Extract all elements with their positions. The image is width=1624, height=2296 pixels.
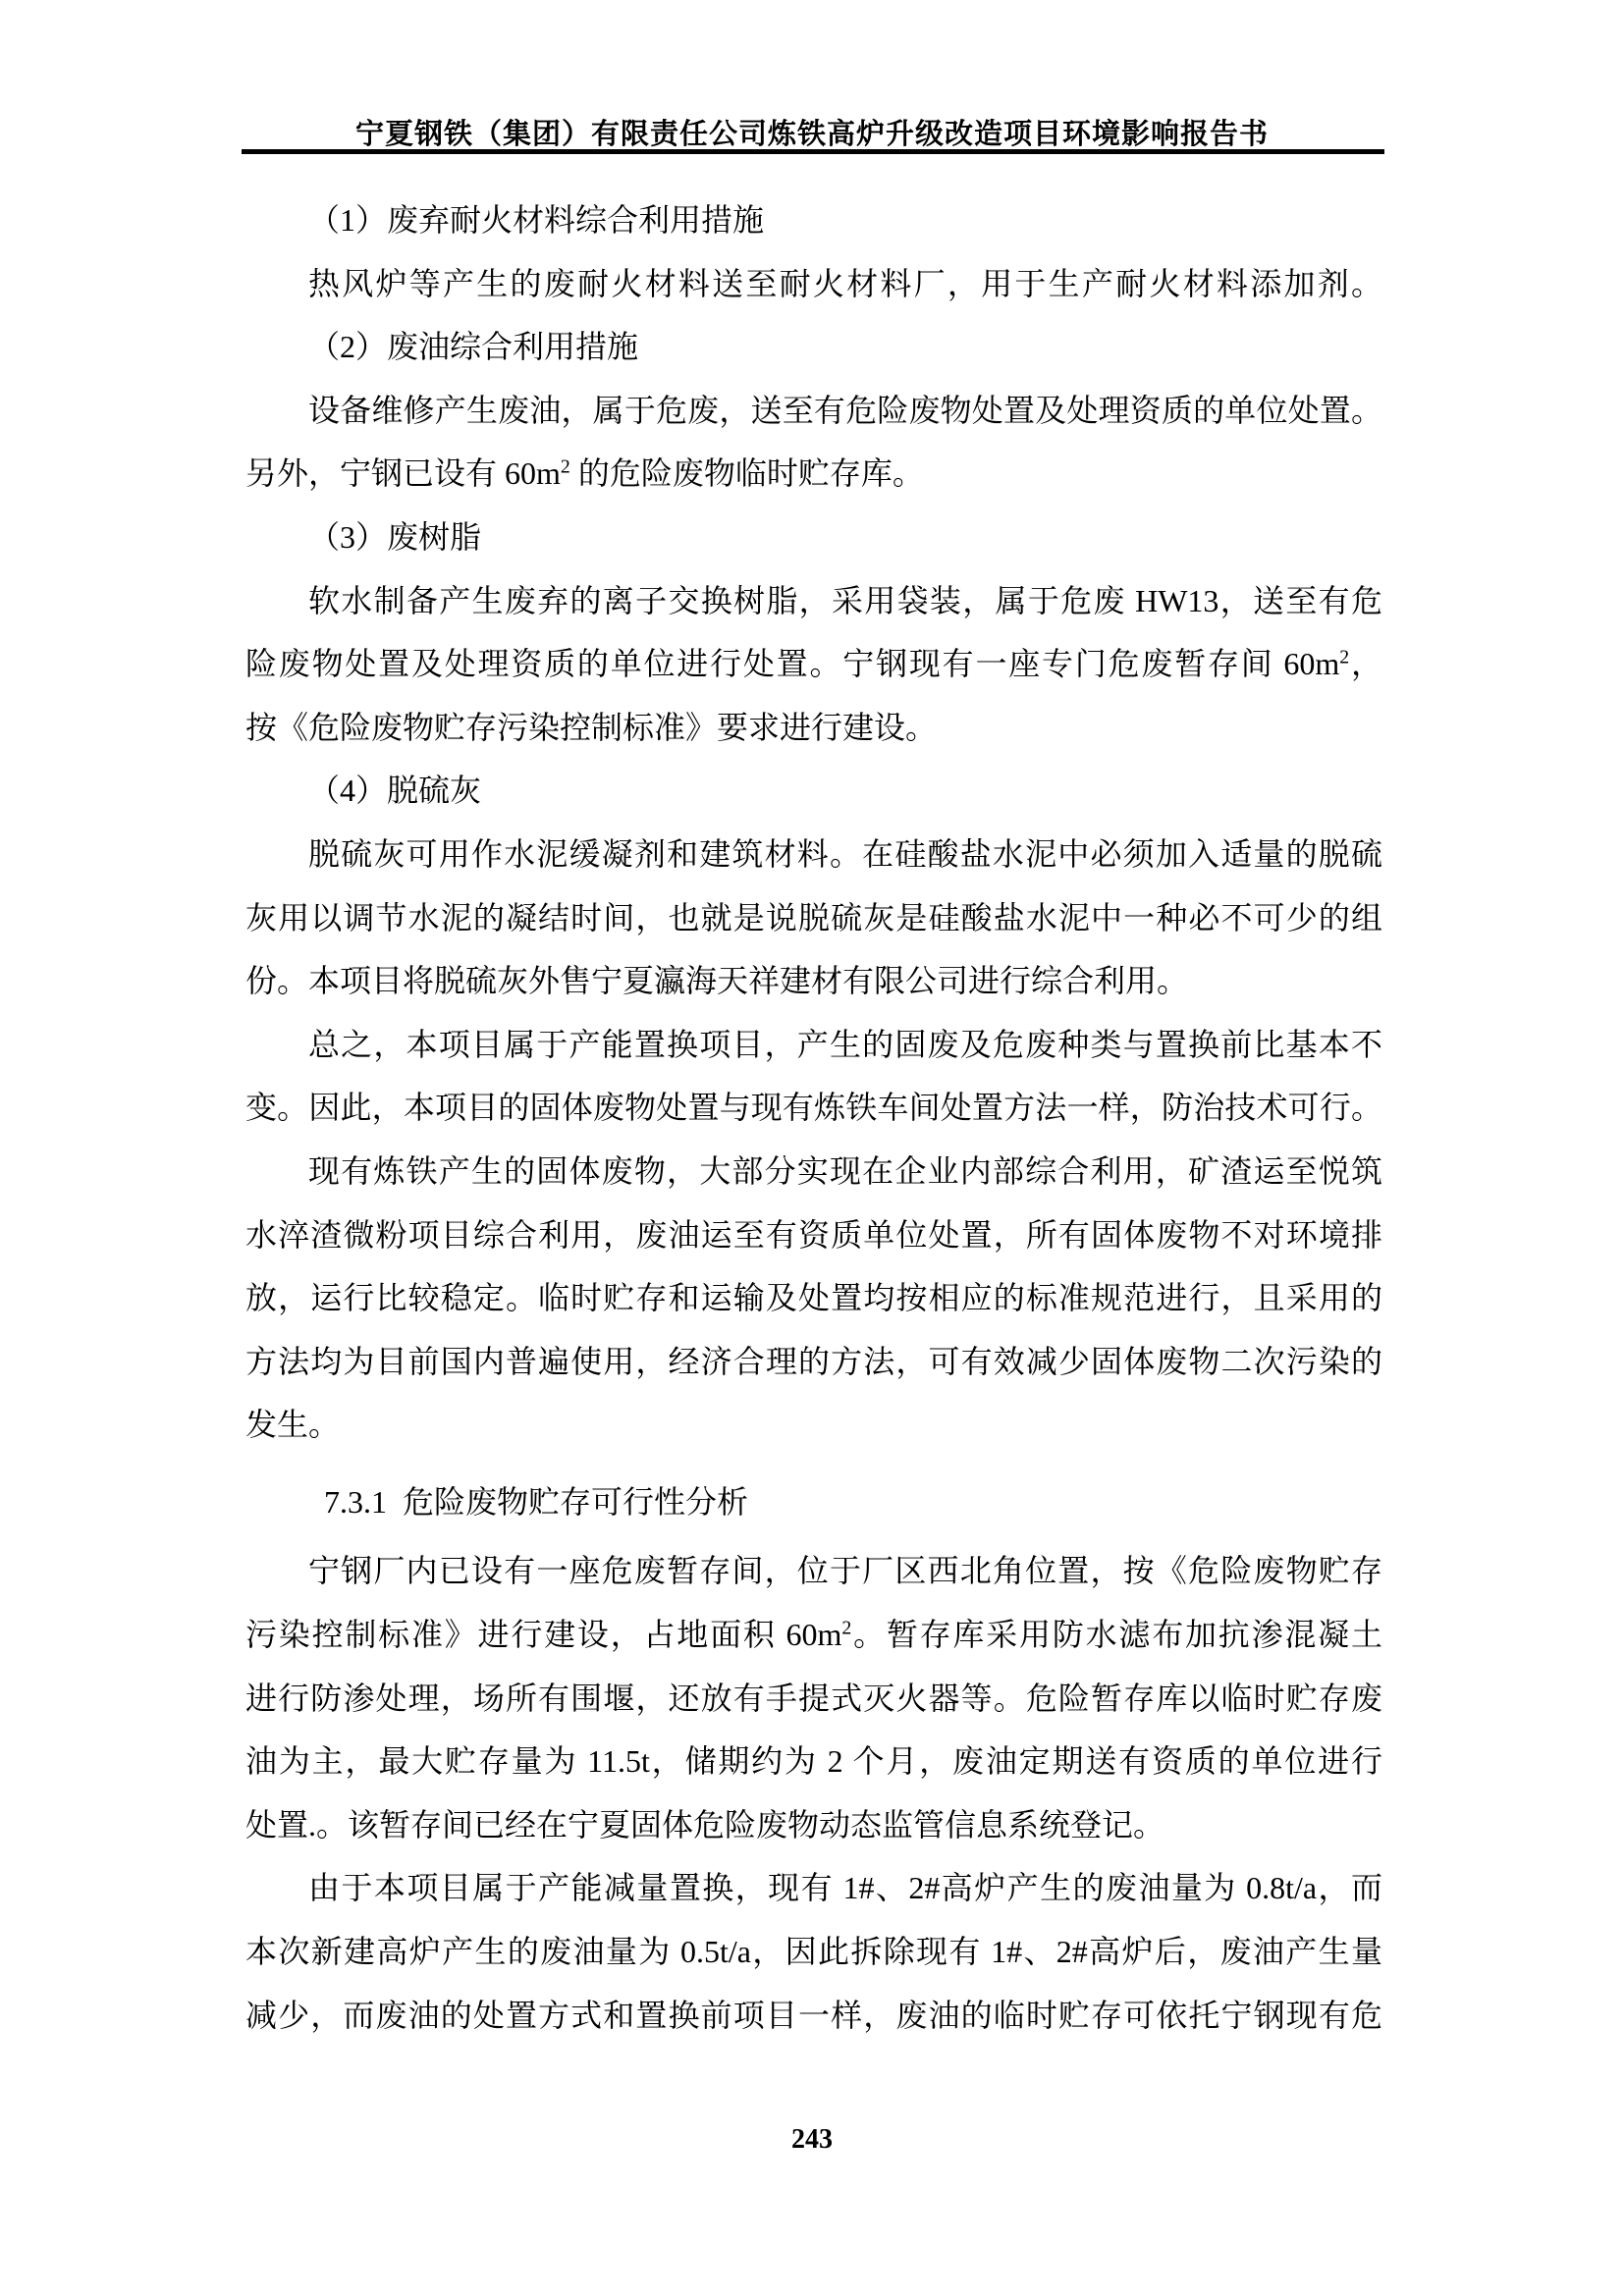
line-text: 脱硫灰可用作水泥缓凝剂和建筑材料。在硅酸盐水泥中必须加入适量的脱硫 xyxy=(308,836,1382,872)
line-text: 变。因此，本项目的固体废物处置与现有炼铁车间处置方法一样，防治技术可行。 xyxy=(245,1090,1382,1125)
line-text: 现有炼铁产生的固体废物，大部分实现在企业内部综合利用，矿渣运至悦筑 xyxy=(308,1153,1382,1189)
line-text: 水淬渣微粉项目综合利用，废油运至有资质单位处置，所有固体废物不对环境排 xyxy=(245,1217,1382,1253)
body-line: 按《危险废物贮存污染控制标准》要求进行建设。 xyxy=(245,696,1382,760)
body-line: 发生。 xyxy=(245,1393,1382,1457)
page-number: 243 xyxy=(0,2124,1624,2156)
line-text: 发生。 xyxy=(245,1407,340,1442)
body-line: 热风炉等产生的废耐火材料送至耐火材料厂，用于生产耐火材料添加剂。 xyxy=(245,252,1382,316)
section-heading: 7.3.1 危险废物贮存可行性分析 xyxy=(245,1470,1382,1534)
line-text: 处置.。该暂存间已经在宁夏固体危险废物动态监管信息系统登记。 xyxy=(245,1807,1164,1842)
body-line: 宁钢厂内已设有一座危废暂存间，位于厂区西北角位置，按《危险废物贮存 xyxy=(245,1539,1382,1603)
line-text: （2）废油综合利用措施 xyxy=(308,329,638,364)
line-text: 设备维修产生废油，属于危废，送至有危险废物处置及处理资质的单位处置。 xyxy=(308,393,1382,428)
line-text: 油为主，最大贮存量为 11.5t，储期约为 2 个月，废油定期送有资质的单位进行 xyxy=(245,1743,1382,1779)
body-line: 本次新建高炉产生的废油量为 0.5t/a，因此拆除现有 1#、2#高炉后，废油产… xyxy=(245,1920,1382,1984)
line-text: 污染控制标准》进行建设，占地面积 60m xyxy=(245,1617,841,1652)
line-text: 软水制备产生废弃的离子交换树脂，采用袋装，属于危废 HW13，送至有危 xyxy=(308,583,1382,618)
line-text: 份。本项目将脱硫灰外售宁夏瀛海天祥建材有限公司进行综合利用。 xyxy=(245,963,1188,998)
body-line: 油为主，最大贮存量为 11.5t，储期约为 2 个月，废油定期送有资质的单位进行 xyxy=(245,1730,1382,1793)
body-line: （4）脱硫灰 xyxy=(245,759,1382,823)
body-line: 处置.。该暂存间已经在宁夏固体危险废物动态监管信息系统登记。 xyxy=(245,1793,1382,1857)
body-line: 减少，而废油的处置方式和置换前项目一样，废油的临时贮存可依托宁钢现有危 xyxy=(245,1984,1382,2048)
line-text: 宁钢厂内已设有一座危废暂存间，位于厂区西北角位置，按《危险废物贮存 xyxy=(308,1553,1382,1588)
body-line: 放，运行比较稳定。临时贮存和运输及处置均按相应的标准规范进行，且采用的 xyxy=(245,1266,1382,1330)
body-line: 由于本项目属于产能减量置换，现有 1#、2#高炉产生的废油量为 0.8t/a，而 xyxy=(245,1856,1382,1920)
body-line: （1）废弃耐火材料综合利用措施 xyxy=(245,188,1382,252)
document-page: 宁夏钢铁（集团）有限责任公司炼铁高炉升级改造项目环境影响报告书 （1）废弃耐火材… xyxy=(0,0,1624,2296)
body-line: （2）废油综合利用措施 xyxy=(245,315,1382,379)
body-line: 方法均为目前国内普遍使用，经济合理的方法，可有效减少固体废物二次污染的 xyxy=(245,1330,1382,1394)
body-line: （3）废树脂 xyxy=(245,506,1382,569)
line-text: 方法均为目前国内普遍使用，经济合理的方法，可有效减少固体废物二次污染的 xyxy=(245,1344,1382,1379)
line-text: （3）废树脂 xyxy=(308,519,481,555)
body-lines: （1）废弃耐火材料综合利用措施热风炉等产生的废耐火材料送至耐火材料厂，用于生产耐… xyxy=(245,188,1382,2047)
body-line: 污染控制标准》进行建设，占地面积 60m2。暂存库采用防水滤布加抗渗混凝土 xyxy=(245,1603,1382,1667)
line-text: 按《危险废物贮存污染控制标准》要求进行建设。 xyxy=(245,710,937,745)
line-text: 热风炉等产生的废耐火材料送至耐火材料厂，用于生产耐火材料添加剂。 xyxy=(308,266,1382,301)
superscript-text: 2 xyxy=(1339,647,1349,668)
line-text: 本次新建高炉产生的废油量为 0.5t/a，因此拆除现有 1#、2#高炉后，废油产… xyxy=(245,1934,1382,1969)
body-line: 变。因此，本项目的固体废物处置与现有炼铁车间处置方法一样，防治技术可行。 xyxy=(245,1076,1382,1140)
line-text: 险废物处置及处理资质的单位进行处置。宁钢现有一座专门危废暂存间 60m xyxy=(245,646,1339,681)
line-text: 。暂存库采用防水滤布加抗渗混凝土 xyxy=(851,1617,1382,1652)
line-text: 减少，而废油的处置方式和置换前项目一样，废油的临时贮存可依托宁钢现有危 xyxy=(245,1998,1382,2033)
body-line: 脱硫灰可用作水泥缓凝剂和建筑材料。在硅酸盐水泥中必须加入适量的脱硫 xyxy=(245,823,1382,886)
body-line: 软水制备产生废弃的离子交换树脂，采用袋装，属于危废 HW13，送至有危 xyxy=(245,569,1382,633)
line-text: 放，运行比较稳定。临时贮存和运输及处置均按相应的标准规范进行，且采用的 xyxy=(245,1280,1382,1315)
body-line: 现有炼铁产生的固体废物，大部分实现在企业内部综合利用，矿渣运至悦筑 xyxy=(245,1140,1382,1203)
superscript-text: 2 xyxy=(561,456,570,478)
body-line: 另外，宁钢已设有 60m2 的危险废物临时贮存库。 xyxy=(245,442,1382,506)
header-rule xyxy=(242,149,1384,154)
body-line: 总之，本项目属于产能置换项目，产生的固废及危废种类与置换前比基本不 xyxy=(245,1013,1382,1077)
header-title: 宁夏钢铁（集团）有限责任公司炼铁高炉升级改造项目环境影响报告书 xyxy=(0,112,1624,152)
superscript-text: 2 xyxy=(841,1617,851,1638)
line-text: （4）脱硫灰 xyxy=(308,773,481,808)
body-line: 进行防渗处理，场所有围堰，还放有手提式灭火器等。危险暂存库以临时贮存废 xyxy=(245,1667,1382,1731)
body-line: 灰用以调节水泥的凝结时间，也就是说脱硫灰是硅酸盐水泥中一种必不可少的组 xyxy=(245,886,1382,950)
line-text: 总之，本项目属于产能置换项目，产生的固废及危废种类与置换前比基本不 xyxy=(308,1027,1382,1062)
line-text: ， xyxy=(1349,646,1382,681)
line-text: （1）废弃耐火材料综合利用措施 xyxy=(308,202,764,238)
line-text: 灰用以调节水泥的凝结时间，也就是说脱硫灰是硅酸盐水泥中一种必不可少的组 xyxy=(245,900,1382,935)
body-line: 份。本项目将脱硫灰外售宁夏瀛海天祥建材有限公司进行综合利用。 xyxy=(245,949,1382,1013)
body-line: 水淬渣微粉项目综合利用，废油运至有资质单位处置，所有固体废物不对环境排 xyxy=(245,1203,1382,1267)
body-line: 险废物处置及处理资质的单位进行处置。宁钢现有一座专门危废暂存间 60m2， xyxy=(245,632,1382,696)
line-text: 进行防渗处理，场所有围堰，还放有手提式灭火器等。危险暂存库以临时贮存废 xyxy=(245,1681,1382,1716)
line-text: 另外，宁钢已设有 60m xyxy=(245,455,561,491)
line-text: 7.3.1 危险废物贮存可行性分析 xyxy=(324,1484,748,1520)
line-text: 由于本项目属于产能减量置换，现有 1#、2#高炉产生的废油量为 0.8t/a，而 xyxy=(308,1870,1382,1905)
body-line: 设备维修产生废油，属于危废，送至有危险废物处置及处理资质的单位处置。 xyxy=(245,379,1382,443)
line-text: 的危险废物临时贮存库。 xyxy=(570,455,924,491)
